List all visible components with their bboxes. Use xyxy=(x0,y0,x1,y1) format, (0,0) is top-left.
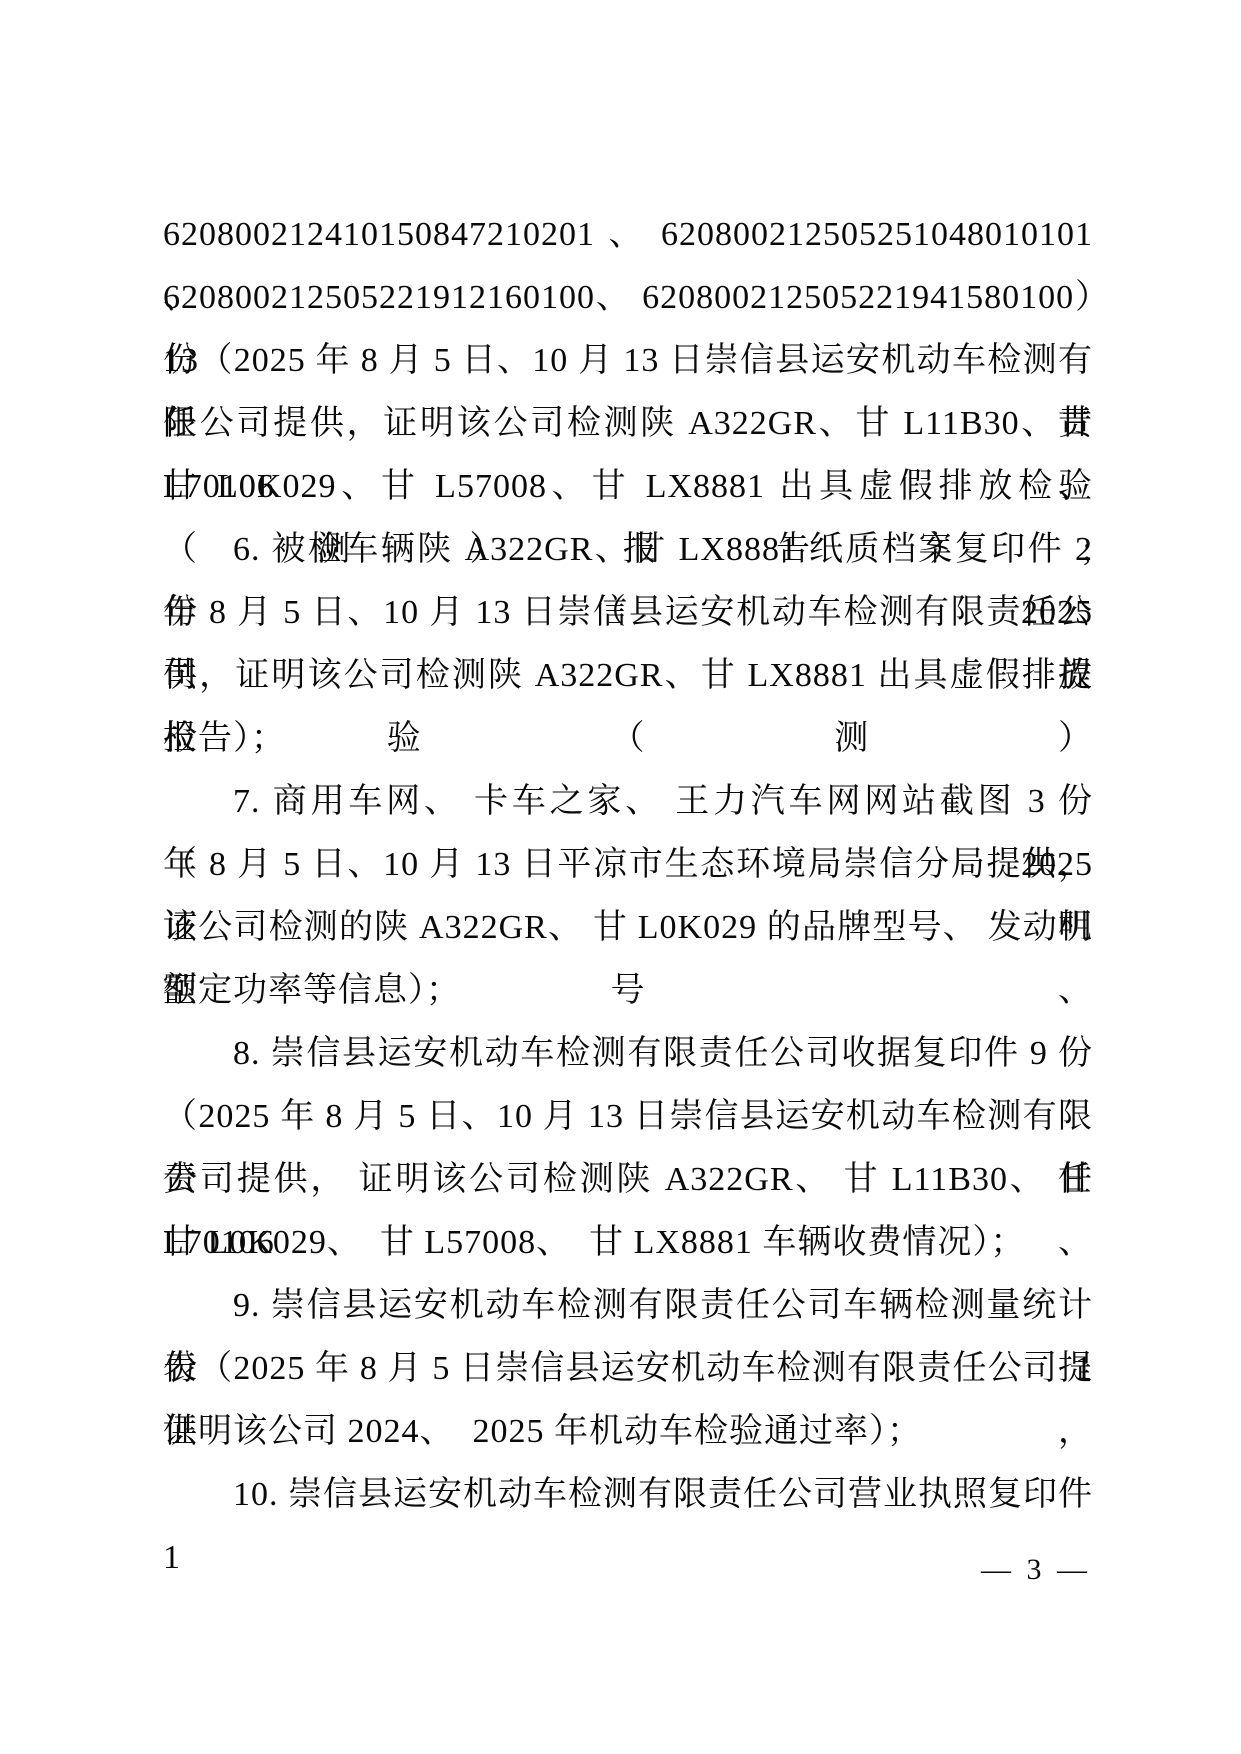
text-line: 9. 崇信县运安机动车检测有限责任公司车辆检测量统计表 1 xyxy=(163,1274,1093,1337)
text-line: 年 8 月 5 日、10 月 13 日平凉市生态环境局崇信分局提供，证明 xyxy=(163,833,1093,896)
document-body: 620800212410150847210201 、 6208002125052… xyxy=(163,203,1093,1526)
page-number: — 3 — xyxy=(981,1553,1091,1587)
text-line: 任公司提供，证明该公司检测陕 A322GR、甘 L11B30、甘 L70106、 xyxy=(163,392,1093,455)
text-line: 620800212505221912160100、 62080021250522… xyxy=(163,266,1093,329)
text-line: 年 8 月 5 日、10 月 13 日崇信县运安机动车检测有限责任公司提 xyxy=(163,581,1093,644)
text-line: （2025 年 8 月 5 日、10 月 13 日崇信县运安机动车检测有限责任 xyxy=(163,1085,1093,1148)
text-line: 份（2025 年 8 月 5 日、10 月 13 日崇信县运安机动车检测有限责 xyxy=(163,329,1093,392)
document-page: 620800212410150847210201 、 6208002125052… xyxy=(0,0,1241,1754)
text-line: 份（2025 年 8 月 5 日崇信县运安机动车检测有限责任公司提供， xyxy=(163,1337,1093,1400)
text-line: 8. 崇信县运安机动车检测有限责任公司收据复印件 9 份 xyxy=(163,1022,1093,1085)
text-line: 该公司检测的陕 A322GR、 甘 L0K029 的品牌型号、 发动机型号、 xyxy=(163,896,1093,959)
text-line: 7. 商用车网、 卡车之家、 王力汽车网网站截图 3 份（2025 xyxy=(163,770,1093,833)
text-line: 620800212410150847210201 、 6208002125052… xyxy=(163,203,1093,266)
text-line: 10. 崇信县运安机动车检测有限责任公司营业执照复印件 1 xyxy=(163,1463,1093,1526)
text-line: 甘 L0K029、甘 L57008、甘 LX8881 出具虚假排放检验（测）报告… xyxy=(163,455,1093,518)
text-line: 甘 L0K029、 甘 L57008、 甘 LX8881 车辆收费情况）； xyxy=(163,1211,1093,1274)
text-line: 6. 被检车辆陕 A322GR、甘 LX8881 纸质档案复印件 2 份（202… xyxy=(163,518,1093,581)
text-line: 公司提供， 证明该公司检测陕 A322GR、 甘 L11B30、 甘 L7010… xyxy=(163,1148,1093,1211)
text-line: 供，证明该公司检测陕 A322GR、甘 LX8881 出具虚假排放检验（测） xyxy=(163,644,1093,707)
